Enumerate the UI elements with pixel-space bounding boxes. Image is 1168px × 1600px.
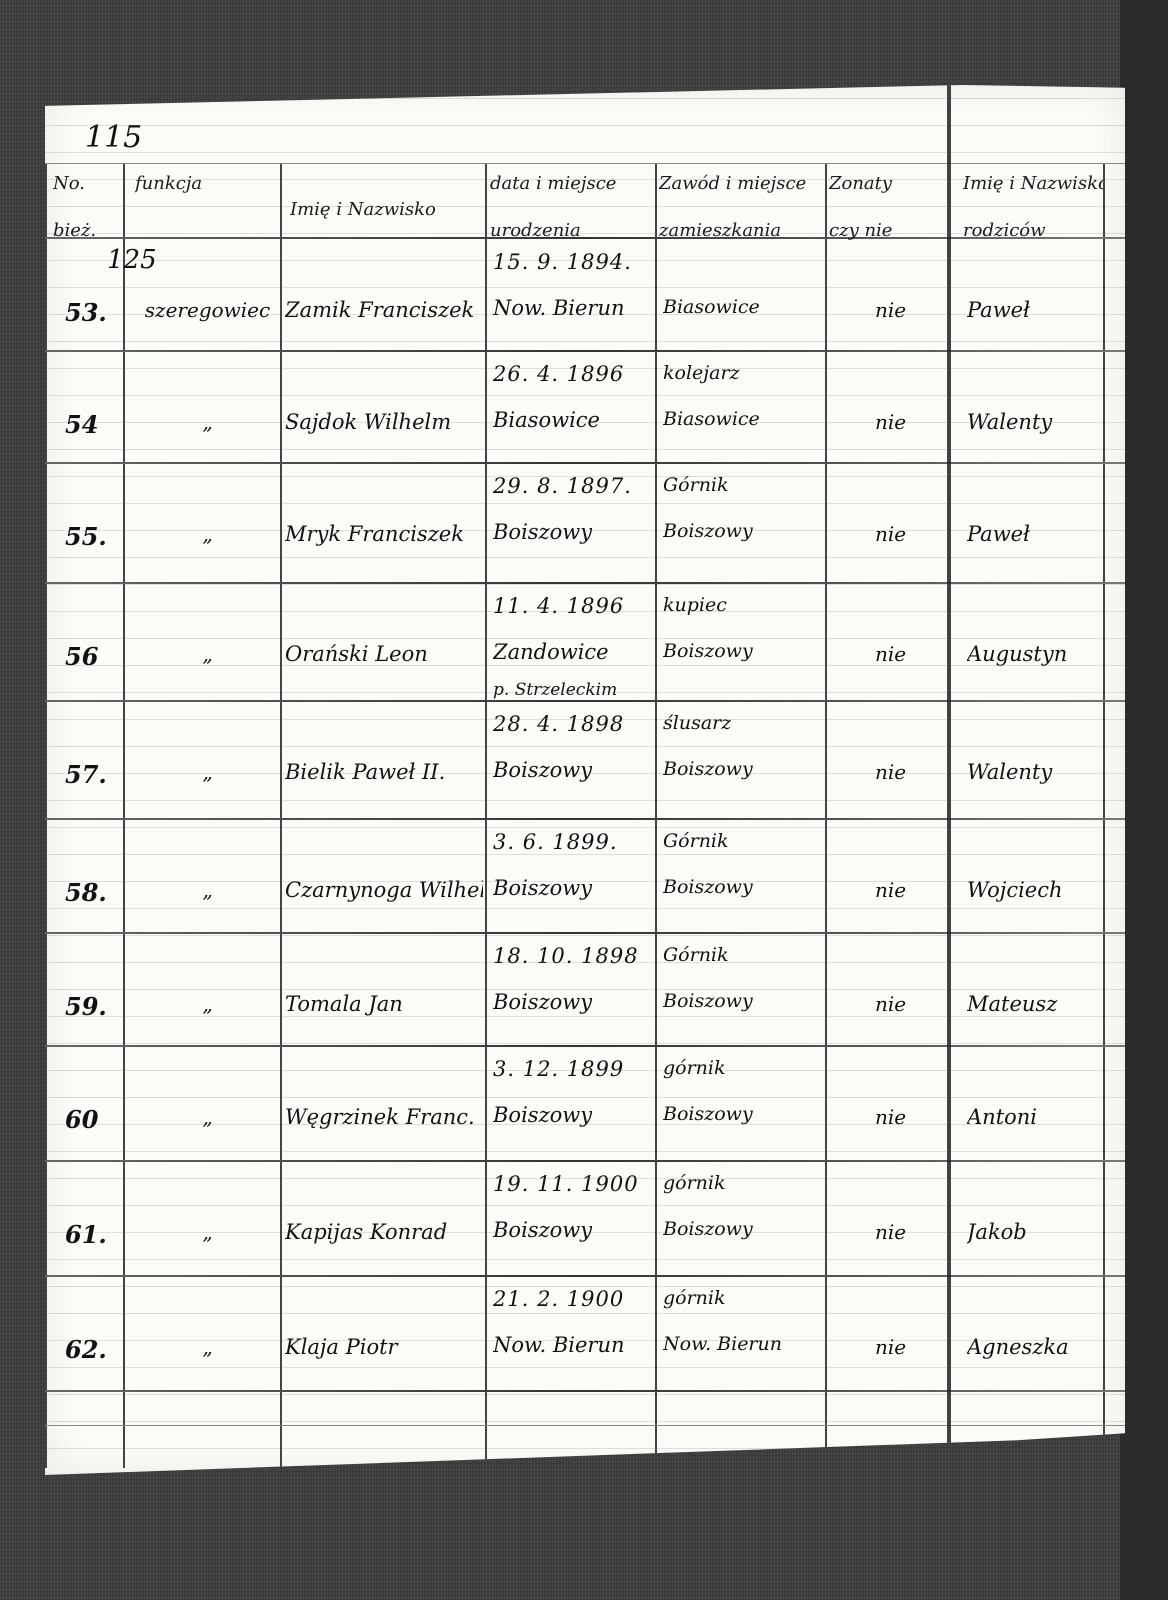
row-function: „ <box>135 760 280 784</box>
row-number: 60 <box>65 1105 98 1134</box>
row-married: nie <box>875 298 906 322</box>
column-header-name: Imię i Nazwisko <box>290 173 480 220</box>
row-number: 53. <box>65 298 107 327</box>
row-birth-place: Biasowice <box>493 408 600 432</box>
row-parent: Agneszka <box>967 1335 1102 1359</box>
row-birth-date: 26. 4. 1896 <box>493 362 624 386</box>
row-married: nie <box>875 878 906 902</box>
row-residence: Boiszowy <box>663 758 753 780</box>
row-birth-place: Boiszowy <box>493 758 592 782</box>
row-birth-date: 18. 10. 1898 <box>493 944 639 968</box>
row-parent: Wojciech <box>967 878 1102 902</box>
row-married: nie <box>875 642 906 666</box>
row-function: „ <box>135 410 280 434</box>
row-birth-place: Boiszowy <box>493 520 592 544</box>
scanner-edge <box>1120 0 1168 1600</box>
row-residence: Boiszowy <box>663 520 753 542</box>
column-header-married: Zonatyczy nie <box>829 173 944 241</box>
row-occupation: Górnik <box>663 474 729 496</box>
row-birth-place: Boiszowy <box>493 990 592 1014</box>
row-residence: Boiszowy <box>663 1103 753 1125</box>
row-name: Kapijas Konrad <box>285 1220 483 1244</box>
row-number: 59. <box>65 992 107 1021</box>
margin-note: 125 <box>107 245 157 275</box>
row-function: „ <box>135 1335 280 1359</box>
row-function: „ <box>135 1220 280 1244</box>
row-name: Węgrzinek Franc. <box>285 1105 483 1129</box>
row-residence: Biasowice <box>663 408 760 430</box>
row-name: Czarnynoga Wilhelm <box>285 878 483 902</box>
row-married: nie <box>875 1220 906 1244</box>
column-header-no: No.bież. <box>53 173 121 241</box>
page-number: 115 <box>85 120 142 155</box>
row-birth-date: 15. 9. 1894. <box>493 250 632 274</box>
row-number: 54 <box>65 410 98 439</box>
column-header-parents: Imię i Nazwiskorodziców <box>963 173 1103 241</box>
row-birth-date: 3. 6. 1899. <box>493 830 618 854</box>
row-number: 55. <box>65 522 107 551</box>
row-birth-place: Now. Bierun <box>493 1333 625 1357</box>
row-occupation: Górnik <box>663 944 729 966</box>
row-name: Sajdok Wilhelm <box>285 410 483 434</box>
row-number: 57. <box>65 760 107 789</box>
row-function: szeregowiec <box>135 298 280 322</box>
row-married: nie <box>875 1105 906 1129</box>
row-occupation: górnik <box>663 1057 726 1079</box>
row-number: 61. <box>65 1220 107 1249</box>
row-birth-date: 21. 2. 1900 <box>493 1287 624 1311</box>
row-parent: Augustyn <box>967 642 1102 666</box>
row-birth-place-extra: p. Strzeleckim <box>493 680 617 700</box>
row-residence: Now. Bierun <box>663 1333 782 1355</box>
row-name: Tomala Jan <box>285 992 483 1016</box>
row-birth-place: Zandowice <box>493 640 609 664</box>
row-residence: Boiszowy <box>663 640 753 662</box>
row-name: Bielik Paweł II. <box>285 760 483 784</box>
row-name: Mryk Franciszek <box>285 522 483 546</box>
row-birth-date: 19. 11. 1900 <box>493 1172 639 1196</box>
row-parent: Jakob <box>967 1220 1102 1244</box>
column-header-function: funkcja <box>135 173 275 220</box>
row-married: nie <box>875 1335 906 1359</box>
row-birth-place: Now. Bierun <box>493 296 625 320</box>
row-parent: Walenty <box>967 410 1102 434</box>
row-function: „ <box>135 1105 280 1129</box>
row-name: Orański Leon <box>285 642 483 666</box>
row-function: „ <box>135 642 280 666</box>
row-parent: Paweł <box>967 522 1102 546</box>
row-residence: Boiszowy <box>663 876 753 898</box>
row-birth-date: 28. 4. 1898 <box>493 712 624 736</box>
row-occupation: górnik <box>663 1287 726 1309</box>
row-birth-place: Boiszowy <box>493 1103 592 1127</box>
row-parent: Antoni <box>967 1105 1102 1129</box>
row-birth-date: 3. 12. 1899 <box>493 1057 624 1081</box>
row-occupation: górnik <box>663 1172 726 1194</box>
row-occupation: kupiec <box>663 594 727 616</box>
row-name: Klaja Piotr <box>285 1335 483 1359</box>
register-page: 115 125 No.bież. funkcja Imię i Nazwisko… <box>45 85 1125 1475</box>
row-parent: Mateusz <box>967 992 1102 1016</box>
row-function: „ <box>135 522 280 546</box>
row-number: 62. <box>65 1335 107 1364</box>
row-function: „ <box>135 878 280 902</box>
row-birth-date: 29. 8. 1897. <box>493 474 632 498</box>
column-header-occupation: Zawód i miejscezamieszkania <box>659 173 824 241</box>
row-occupation: Górnik <box>663 830 729 852</box>
row-married: nie <box>875 760 906 784</box>
row-married: nie <box>875 522 906 546</box>
row-parent: Walenty <box>967 760 1102 784</box>
row-number: 56 <box>65 642 98 671</box>
row-birth-place: Boiszowy <box>493 876 592 900</box>
row-number: 58. <box>65 878 107 907</box>
row-occupation: kolejarz <box>663 362 740 384</box>
row-birth-date: 11. 4. 1896 <box>493 594 624 618</box>
row-residence: Boiszowy <box>663 1218 753 1240</box>
row-residence: Biasowice <box>663 296 760 318</box>
row-birth-place: Boiszowy <box>493 1218 592 1242</box>
column-header-birth: data i miejsceurodzenia <box>490 173 655 241</box>
row-name: Zamik Franciszek <box>285 298 483 322</box>
row-married: nie <box>875 410 906 434</box>
row-married: nie <box>875 992 906 1016</box>
row-parent: Paweł <box>967 298 1102 322</box>
row-function: „ <box>135 992 280 1016</box>
row-residence: Boiszowy <box>663 990 753 1012</box>
page-fold <box>947 85 951 1475</box>
row-occupation: ślusarz <box>663 712 731 734</box>
